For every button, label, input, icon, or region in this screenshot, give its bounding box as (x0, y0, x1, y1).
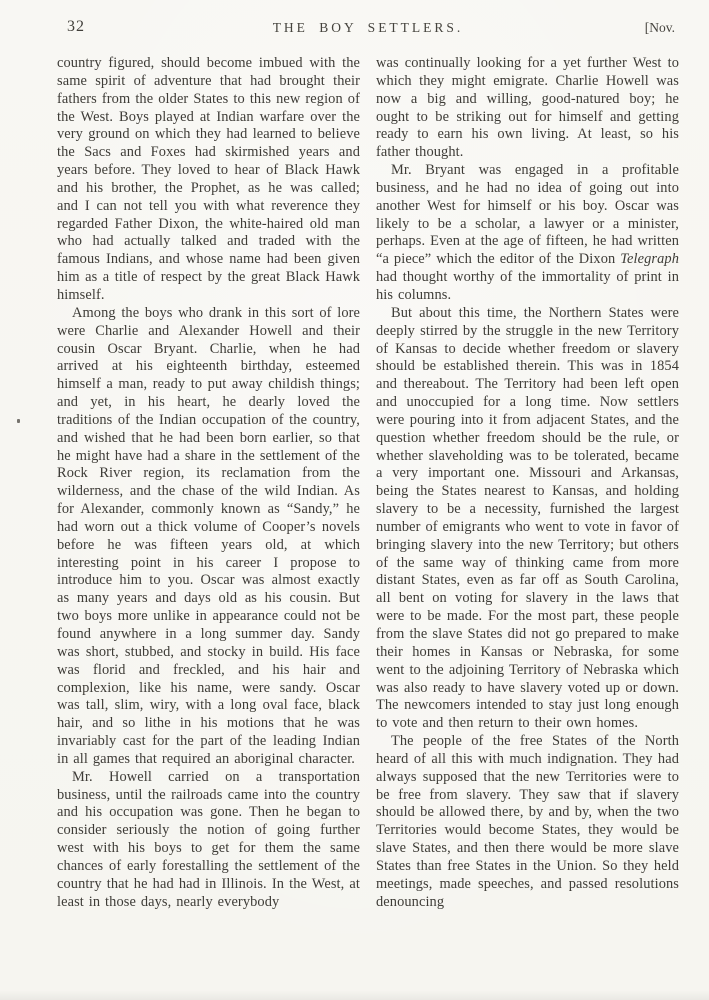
italic-publication-name: Telegraph (620, 251, 679, 267)
page-bottom-edge-shadow (0, 990, 709, 1000)
paragraph: was continually looking for a yet furthe… (376, 55, 679, 162)
text-columns: country figured, should become imbued wi… (57, 55, 679, 912)
paragraph: Among the boys who drank in this sort of… (57, 305, 360, 769)
right-column: was continually looking for a yet furthe… (376, 55, 679, 912)
left-column: country figured, should become imbued wi… (57, 55, 360, 912)
running-title: THE BOY SETTLERS. (57, 20, 679, 36)
paragraph: But about this time, the Northern States… (376, 305, 679, 733)
paragraph: Mr. Howell carried on a transportation b… (57, 769, 360, 912)
book-page-scan: 32 THE BOY SETTLERS. [Nov. country figur… (0, 0, 709, 1000)
page-header: 32 THE BOY SETTLERS. [Nov. (57, 18, 679, 40)
scan-artifact-speck (17, 419, 20, 423)
paragraph: The people of the free States of the Nor… (376, 733, 679, 911)
paragraph: Mr. Bryant was engaged in a profitable b… (376, 162, 679, 305)
paragraph-text: had thought worthy of the immortality of… (376, 269, 679, 303)
paragraph: country figured, should become imbued wi… (57, 55, 360, 305)
issue-date-marker: [Nov. (645, 20, 675, 36)
